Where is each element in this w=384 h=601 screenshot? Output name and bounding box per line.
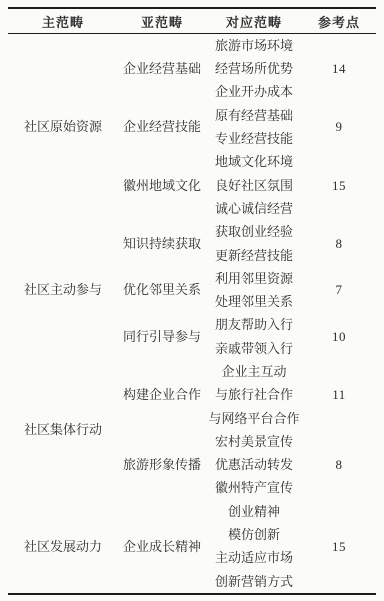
header-main-category: 主范畴	[8, 8, 118, 34]
mapped-category-cell: 与旅行社合作	[206, 383, 302, 406]
sub-category-cell: 徽州地域文化	[118, 150, 206, 220]
sub-category-cell: 知识持续获取	[118, 220, 206, 267]
mapped-category-cell: 地域文化环境	[206, 150, 302, 173]
table-row: 社区集体行动 构建企业合作 企业主互动 11	[8, 360, 376, 383]
mapped-category-cell: 原有经营基础	[206, 104, 302, 127]
sub-category-cell: 企业成长精神	[118, 500, 206, 594]
category-coding-table: 主范畴 亚范畴 对应范畴 参考点 社区原始资源 企业经营基础 旅游市场环境 14…	[8, 7, 376, 595]
sub-category-cell: 优化邻里关系	[118, 267, 206, 314]
header-row: 主范畴 亚范畴 对应范畴 参考点	[8, 8, 376, 34]
header-mapped-category: 对应范畴	[206, 8, 302, 34]
sub-category-cell: 同行引导参与	[118, 314, 206, 361]
table-row: 社区发展动力 企业成长精神 创业精神 15	[8, 500, 376, 523]
mapped-category-cell: 获取创业经验	[206, 220, 302, 243]
table-row: 社区主动参与 知识持续获取 获取创业经验 8	[8, 220, 376, 243]
sub-category-cell: 企业经营基础	[118, 34, 206, 104]
mapped-category-cell: 利用邻里资源	[206, 267, 302, 290]
mapped-category-cell: 企业开办成本	[206, 81, 302, 104]
reference-point-cell: 14	[302, 34, 376, 104]
reference-point-cell: 11	[302, 360, 376, 430]
main-category-cell: 社区发展动力	[8, 500, 118, 594]
main-category-cell: 社区主动参与	[8, 220, 118, 360]
mapped-category-cell: 创业精神	[206, 500, 302, 523]
sub-category-cell: 构建企业合作	[118, 360, 206, 430]
mapped-category-cell: 与网络平台合作	[206, 407, 302, 430]
reference-point-cell: 10	[302, 314, 376, 361]
header-reference-points: 参考点	[302, 8, 376, 34]
mapped-category-cell: 朋友帮助入行	[206, 314, 302, 337]
table-row: 社区原始资源 企业经营基础 旅游市场环境 14	[8, 34, 376, 58]
mapped-category-cell: 宏村美景宣传	[206, 430, 302, 453]
paper-page: 主范畴 亚范畴 对应范畴 参考点 社区原始资源 企业经营基础 旅游市场环境 14…	[0, 0, 384, 601]
mapped-category-cell: 专业经营技能	[206, 127, 302, 150]
reference-point-cell: 7	[302, 267, 376, 314]
reference-point-cell: 9	[302, 104, 376, 151]
mapped-category-cell: 优惠活动转发	[206, 453, 302, 476]
mapped-category-cell: 良好社区氛围	[206, 174, 302, 197]
header-sub-category: 亚范畴	[118, 8, 206, 34]
mapped-category-cell: 亲戚带领入行	[206, 337, 302, 360]
sub-category-cell: 企业经营技能	[118, 104, 206, 151]
mapped-category-cell: 处理邻里关系	[206, 290, 302, 313]
sub-category-cell: 旅游形象传播	[118, 430, 206, 500]
main-category-cell: 社区集体行动	[8, 360, 118, 500]
mapped-category-cell: 旅游市场环境	[206, 34, 302, 58]
mapped-category-cell: 诚心诚信经营	[206, 197, 302, 220]
mapped-category-cell: 企业主互动	[206, 360, 302, 383]
mapped-category-cell: 经营场所优势	[206, 57, 302, 80]
mapped-category-cell: 更新经营技能	[206, 244, 302, 267]
mapped-category-cell: 徽州特产宣传	[206, 477, 302, 500]
mapped-category-cell: 创新营销方式	[206, 570, 302, 594]
reference-point-cell: 15	[302, 150, 376, 220]
main-category-cell: 社区原始资源	[8, 34, 118, 221]
reference-point-cell: 8	[302, 220, 376, 267]
reference-point-cell: 8	[302, 430, 376, 500]
mapped-category-cell: 模仿创新	[206, 523, 302, 546]
reference-point-cell: 15	[302, 500, 376, 594]
mapped-category-cell: 主动适应市场	[206, 547, 302, 570]
